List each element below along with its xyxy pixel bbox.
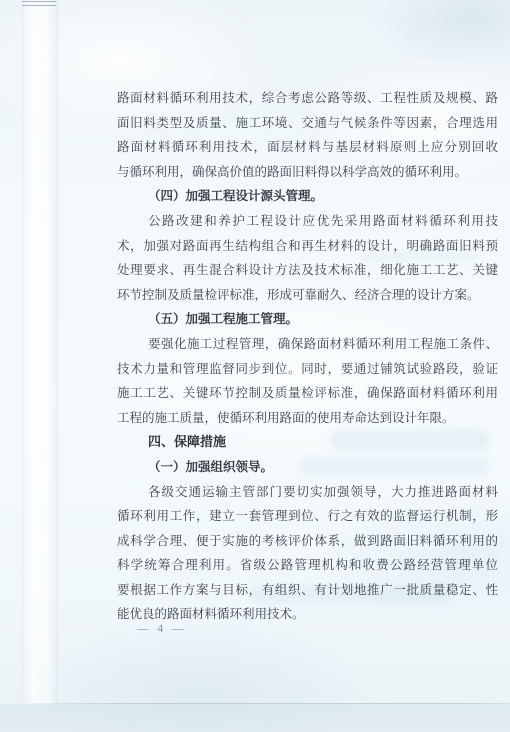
section-heading-4: （四）加强工程设计源头管理。 [117,184,498,209]
paper-fold-band [22,0,58,704]
text-line: 要根据工作方案与目标，有组织、有计划地推广一批质量稳定、性 [117,578,498,603]
section-heading-5: （五）加强工程施工管理。 [117,307,498,332]
text-line: 术，加强对路面再生结构组合和再生材料的设计，明确路面旧料预 [117,234,498,259]
text-line: 科学统筹合理利用。省级公路管理机构和收费公路经营管理单位 [117,553,498,578]
text-line: 技术力量和管理监督同步到位。同时，要通过铺筑试验路段，验证 [117,357,498,382]
text-line: 面旧料类型及质量、施工环境、交通与气候条件等因素，合理选用 [117,111,498,136]
section-heading-1: （一）加强组织领导。 [117,455,498,480]
text-line: 环节控制及质量检评标准，形成可靠耐久、经济合理的设计方案。 [117,283,498,308]
chapter-heading-4: 四、保障措施 [117,430,498,455]
text-line: 各级交通运输主管部门要切实加强领导，大力推进路面材料 [117,480,498,505]
text-line: 路面材料循环利用技术，综合考虑公路等级、工程性质及规模、路 [117,86,498,111]
text-line: 与循环利用，确保高价值的路面旧料得以科学高效的循环利用。 [117,160,498,185]
text-line: 工程的施工质量，使循环利用路面的使用寿命达到设计年限。 [117,406,498,431]
document-text: 路面材料循环利用技术，综合考虑公路等级、工程性质及规模、路 面旧料类型及质量、施… [117,86,498,627]
text-line: 循环利用工作，建立一套管理到位、行之有效的监督运行机制，形 [117,504,498,529]
text-line: 路面材料循环利用技术，面层材料与基层材料原则上应分别回收 [117,135,498,160]
text-line: 成科学合理、便于实施的考核评价体系，做到路面旧料循环利用的 [117,529,498,554]
text-line: 公路改建和养护工程设计应优先采用路面材料循环利用技 [117,209,498,234]
text-line: 施工工艺、关键环节控制及质量检评标准，确保路面材料循环利用 [117,381,498,406]
text-line: 要强化施工过程管理，确保路面材料循环利用工程施工条件、 [117,332,498,357]
page-number: — 4 — [137,623,187,635]
text-line: 处理要求、再生混合料设计方法及技术标准，细化施工工艺、关键 [117,258,498,283]
scanner-background [0,704,510,732]
paper-edge-marks [22,1,56,9]
